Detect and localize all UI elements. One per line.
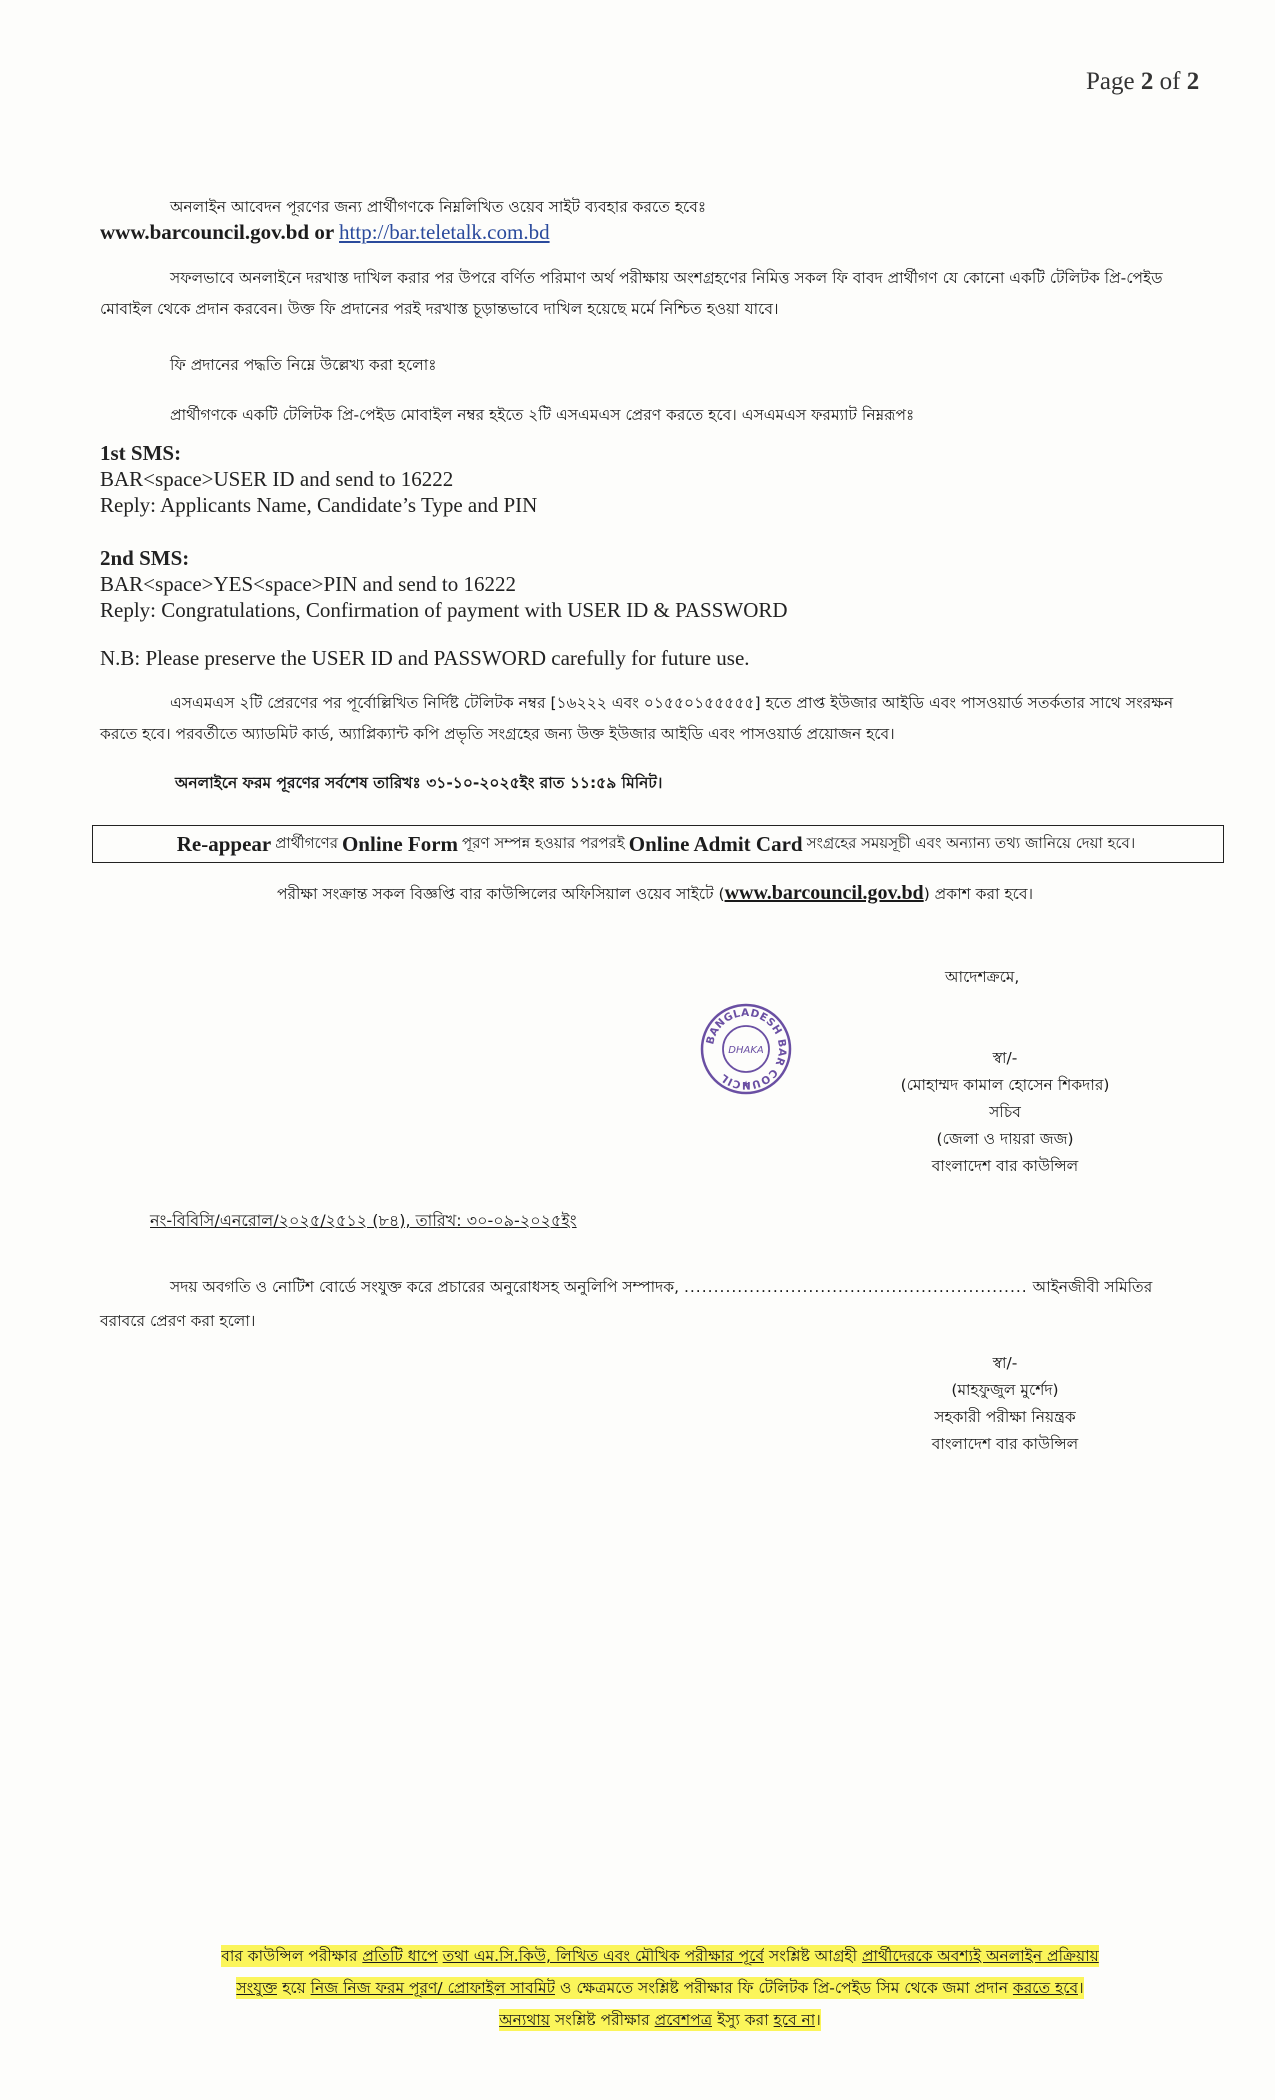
hl-text: । bbox=[1078, 1977, 1084, 1999]
sms-1-command: BAR<space>USER ID and send to 16222 bbox=[100, 466, 537, 492]
memo-number: নং-বিবিসি/এনরোল/২০২৫/২৫১২ (৮৪), তারিখ: ৩… bbox=[150, 1205, 577, 1236]
highlighted-warning-notice: বার কাউন্সিল পরীক্ষার প্রতিটি ধাপে তথা এ… bbox=[110, 1940, 1210, 2036]
admit-card-notice-box: Re-appear প্রার্থীগণের Online Form পূরণ … bbox=[92, 825, 1224, 863]
copy-text-line2: বরাবরে প্রেরণ করা হলো। bbox=[100, 1306, 255, 1337]
copy-dots: ........................................… bbox=[684, 1278, 1028, 1296]
hl-text: ইস্যু করা bbox=[712, 2009, 773, 2031]
copy-distribution: সদয় অবগতি ও নোটিশ বোর্ডে সংযুক্ত করে প্… bbox=[100, 1272, 1180, 1303]
page-label: Page bbox=[1086, 68, 1135, 95]
sms-intro: প্রার্থীগণকে একটি টেলিটক প্রি-পেইড মোবাই… bbox=[170, 400, 914, 431]
hl-text-underlined: নিজ নিজ ফরম পূরণ/ প্রোফাইল সাবমিট bbox=[311, 1977, 555, 1999]
hl-text-underlined: হবে না bbox=[774, 2009, 816, 2031]
hl-text-underlined: প্রার্থীদেরকে অবশ্যই অনলাইন প্রক্রিয়ায় bbox=[862, 1945, 1099, 1967]
publish-text-after: ) প্রকাশ করা হবে। bbox=[924, 885, 1033, 903]
by-order: আদেশক্রমে, bbox=[945, 962, 1019, 993]
box-text-after-complete: পূরণ সম্পন্ন হওয়ার পরপরই bbox=[462, 832, 625, 857]
box-text-admit-card: Online Admit Card bbox=[629, 832, 803, 857]
preserve-paragraph: এসএমএস ২টি প্রেরণের পর পূর্বোল্লিখিত নির… bbox=[100, 688, 1210, 750]
stamp-seal-icon: BANGLADESH BAR COUNCIL DHAKA ★ bbox=[700, 1003, 792, 1095]
sms-2-reply: Reply: Congratulations, Confirmation of … bbox=[100, 597, 788, 623]
sms-2-command: BAR<space>YES<space>PIN and send to 1622… bbox=[100, 571, 788, 597]
sms-2-heading: 2nd SMS: bbox=[100, 545, 788, 571]
copy-text-before: সদয় অবগতি ও নোটিশ বোর্ডে সংযুক্ত করে প্… bbox=[170, 1278, 684, 1296]
hl-text: সংশ্লিষ্ট আগ্রহী bbox=[764, 1945, 862, 1967]
signatory-2-org: বাংলাদেশ বার কাউন্সিল bbox=[875, 1431, 1135, 1458]
box-text-schedule: সংগ্রহের সময়সূচী এবং অন্যান্য তথ্য জানি… bbox=[807, 832, 1136, 857]
stamp-inner-text: DHAKA bbox=[728, 1045, 764, 1056]
box-text-candidates: প্রার্থীগণের bbox=[275, 832, 338, 857]
publish-website-link[interactable]: www.barcouncil.gov.bd bbox=[725, 882, 924, 904]
svg-text:★: ★ bbox=[742, 1079, 750, 1089]
hl-text: ও ক্ষেত্রমতে সংশ্লিষ্ট পরীক্ষার ফি টেলিট… bbox=[555, 1977, 1013, 1999]
hl-text-underlined: সংযুক্ত bbox=[236, 1977, 277, 1999]
signatory-2-title: সহকারী পরীক্ষা নিয়ন্ত্রক bbox=[875, 1404, 1135, 1431]
sms-1-heading: 1st SMS: bbox=[100, 440, 537, 466]
signatory-1-signed: স্বা/- bbox=[855, 1045, 1155, 1072]
box-text-online-form: Online Form bbox=[342, 832, 458, 857]
nb-note: N.B: Please preserve the USER ID and PAS… bbox=[100, 645, 750, 671]
hl-text-underlined: করতে হবে bbox=[1013, 1977, 1078, 1999]
box-text-reappear: Re-appear bbox=[177, 832, 271, 857]
page-number: Page 2 of 2 bbox=[1086, 68, 1199, 96]
or-connector: or bbox=[309, 220, 339, 244]
signatory-1-name: (মোহাম্মদ কামাল হোসেন শিকদার) bbox=[855, 1072, 1155, 1099]
method-heading: ফি প্রদানের পদ্ধতি নিম্নে উল্লেখ্য করা হ… bbox=[170, 350, 437, 381]
hl-text-underlined: প্রতিটি ধাপে bbox=[362, 1945, 437, 1967]
signatory-1-org: বাংলাদেশ বার কাউন্সিল bbox=[855, 1153, 1155, 1180]
primary-website: www.barcouncil.gov.bd bbox=[100, 220, 309, 244]
signatory-2-name: (মাহফুজুল মুর্শেদ) bbox=[875, 1377, 1135, 1404]
publish-notice: পরীক্ষা সংক্রান্ত সকল বিজ্ঞপ্তি বার কাউন… bbox=[100, 878, 1210, 910]
hl-text: সংশ্লিষ্ট পরীক্ষার bbox=[550, 2009, 655, 2031]
sms-1-block: 1st SMS: BAR<space>USER ID and send to 1… bbox=[100, 440, 537, 518]
publish-text-before: পরীক্ষা সংক্রান্ত সকল বিজ্ঞপ্তি বার কাউন… bbox=[277, 885, 725, 903]
sms-1-reply: Reply: Applicants Name, Candidate’s Type… bbox=[100, 492, 537, 518]
signatory-2-signed: স্বা/- bbox=[875, 1350, 1135, 1377]
hl-text bbox=[438, 1945, 443, 1967]
teletalk-link[interactable]: http://bar.teletalk.com.bd bbox=[339, 220, 550, 244]
signatory-secretary: স্বা/- (মোহাম্মদ কামাল হোসেন শিকদার) সচি… bbox=[855, 1045, 1155, 1180]
copy-text-after: আইনজীবী সমিতির bbox=[1028, 1278, 1152, 1296]
hl-text: । bbox=[815, 2009, 821, 2031]
signatory-1-title: সচিব bbox=[855, 1099, 1155, 1126]
payment-paragraph: সফলভাবে অনলাইনে দরখাস্ত দাখিল করার পর উপ… bbox=[100, 263, 1210, 325]
page-total: 2 bbox=[1187, 68, 1200, 95]
deadline-notice: অনলাইনে ফরম পূরণের সর্বশেষ তারিখঃ ৩১-১০-… bbox=[175, 768, 662, 799]
website-intro: অনলাইন আবেদন পূরণের জন্য প্রার্থীগণকে নি… bbox=[170, 192, 706, 223]
page-of: of bbox=[1160, 68, 1181, 95]
hl-text-underlined: অন্যথায় bbox=[499, 2009, 550, 2031]
bar-council-stamp: BANGLADESH BAR COUNCIL DHAKA ★ bbox=[700, 1003, 792, 1095]
hl-text: বার কাউন্সিল পরীক্ষার bbox=[221, 1945, 362, 1967]
hl-text-underlined: প্রবেশপত্র bbox=[655, 2009, 713, 2031]
signatory-controller: স্বা/- (মাহফুজুল মুর্শেদ) সহকারী পরীক্ষা… bbox=[875, 1350, 1135, 1458]
hl-text: হয়ে bbox=[277, 1977, 310, 1999]
website-links: www.barcouncil.gov.bd or http://bar.tele… bbox=[100, 220, 550, 245]
signatory-1-rank: (জেলা ও দায়রা জজ) bbox=[855, 1126, 1155, 1153]
sms-2-block: 2nd SMS: BAR<space>YES<space>PIN and sen… bbox=[100, 545, 788, 623]
page-current: 2 bbox=[1141, 68, 1154, 95]
hl-text-underlined: তথা এম.সি.কিউ, লিখিত এবং মৌখিক পরীক্ষার … bbox=[443, 1945, 764, 1967]
